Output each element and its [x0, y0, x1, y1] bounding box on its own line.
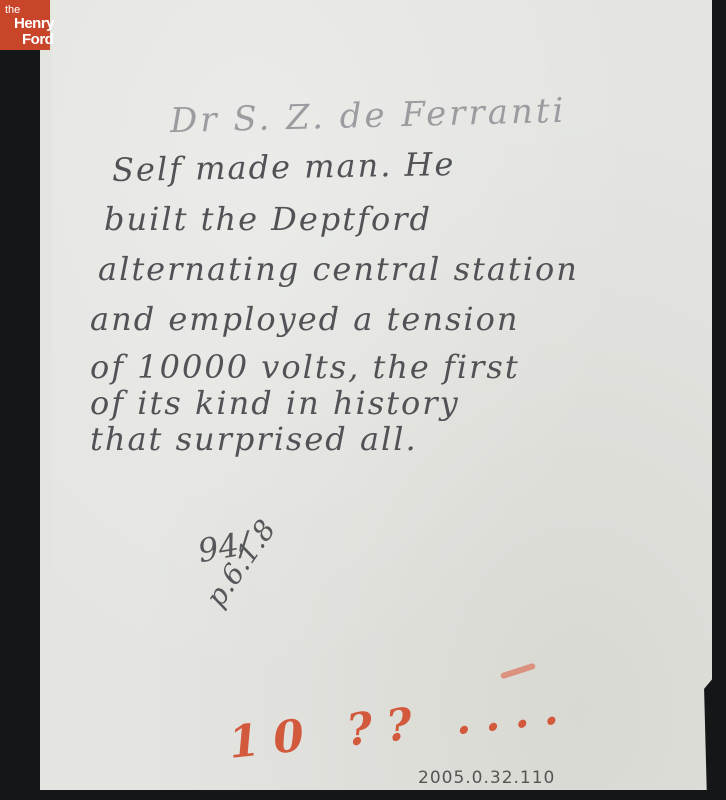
body-line-4: and employed a tension [90, 300, 519, 338]
body-line-3: alternating central station [98, 250, 579, 288]
body-line-5: of 10000 volts, the first [90, 348, 520, 386]
paper-edge [40, 0, 54, 790]
logo-henry: Henry [14, 16, 54, 31]
accession-number: 2005.0.32.110 [418, 768, 555, 788]
body-line-1: Self made man. He [112, 145, 456, 189]
body-line-2: built the Deptford [104, 200, 432, 238]
body-line-6: of its kind in history [90, 384, 460, 422]
body-line-7: that surprised all. [90, 420, 418, 458]
background-band [0, 790, 726, 800]
logo-ford: Ford [22, 32, 53, 47]
henry-ford-logo: the Henry Ford [0, 0, 50, 50]
